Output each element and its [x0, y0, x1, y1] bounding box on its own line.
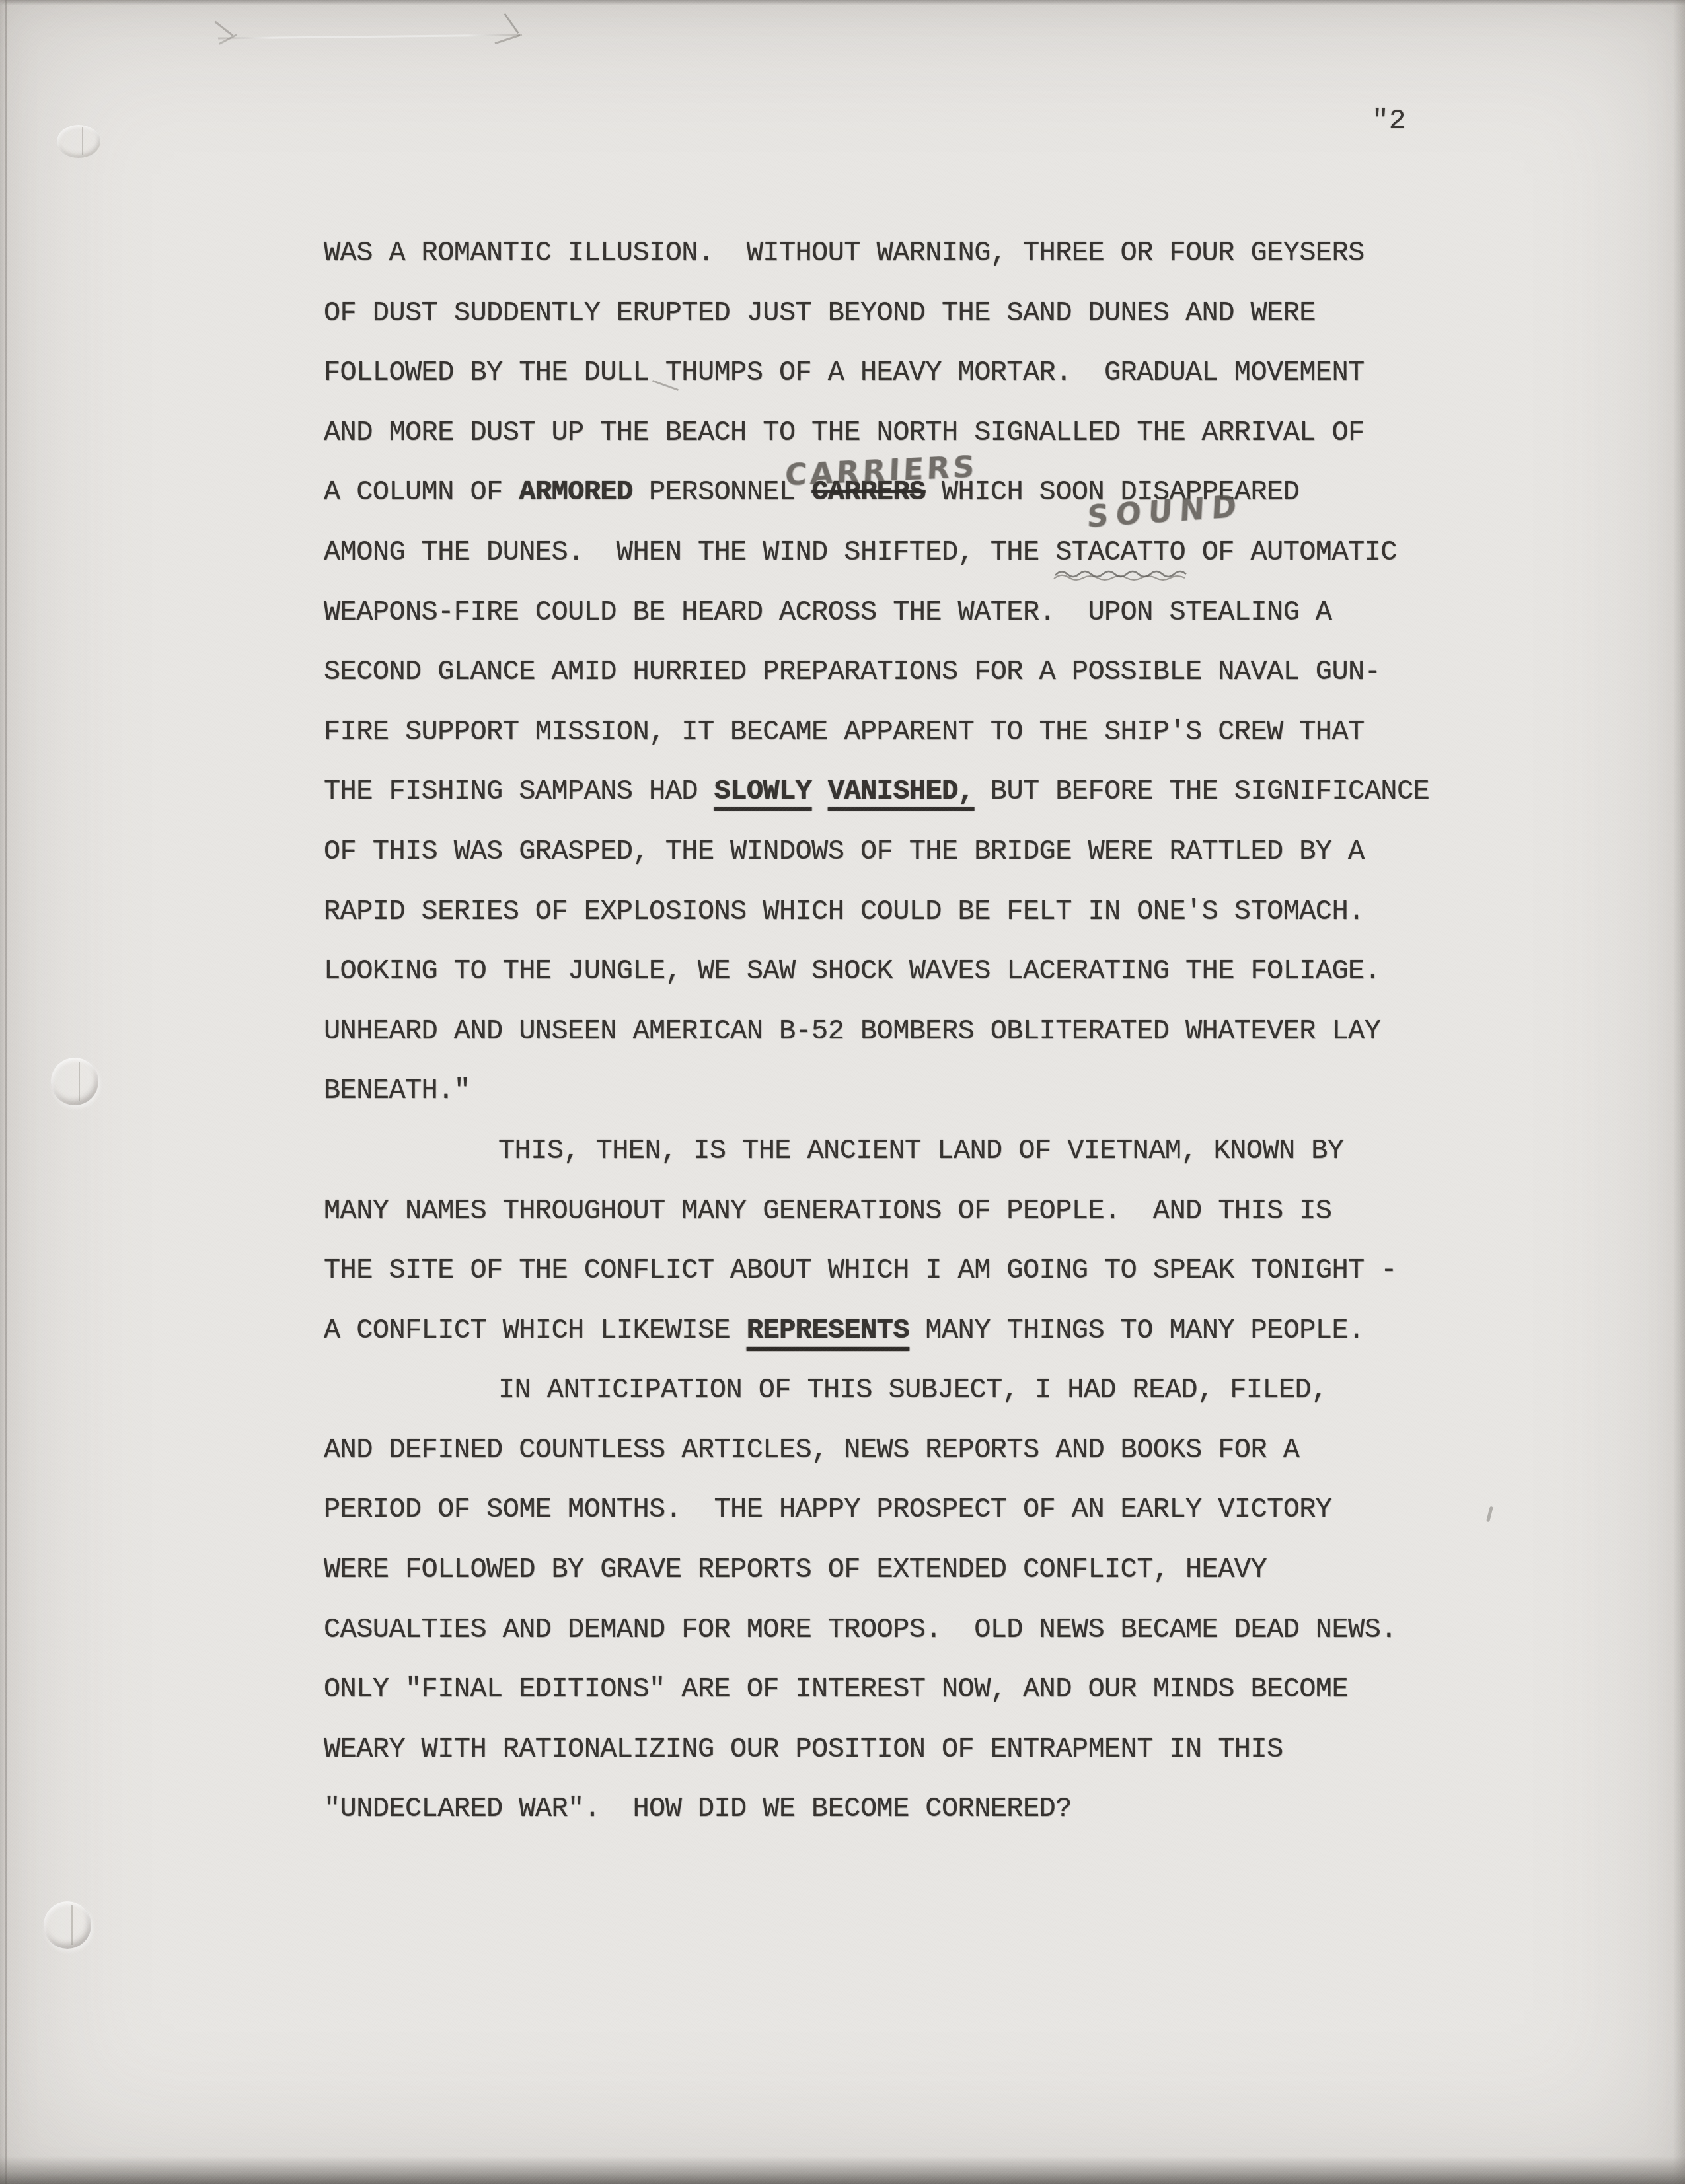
staple-mark-left-2 — [219, 34, 237, 45]
typed-text: BUT BEFORE THE SIGNIFICANCE — [974, 776, 1429, 807]
stray-pen-tick — [1486, 1506, 1493, 1522]
typed-text: RAPID SERIES OF EXPLOSIONS WHICH COULD B… — [324, 896, 1365, 928]
underlined-word: SLOWLY — [714, 776, 812, 807]
annotated-word: STACATTO — [1055, 536, 1185, 568]
typed-text: WEARY WITH RATIONALIZING OUR POSITION OF… — [324, 1733, 1283, 1765]
typed-text: MANY THINGS TO MANY PEOPLE. — [909, 1315, 1365, 1346]
typed-text: LOOKING TO THE JUNGLE, WE SAW SHOCK WAVE… — [324, 955, 1380, 987]
typed-text: IN ANTICIPATION OF THIS SUBJECT, I HAD R… — [498, 1374, 1328, 1406]
typed-text — [811, 776, 828, 807]
punch-hole-middle-left — [51, 1058, 98, 1105]
punch-hole-bottom-left — [44, 1901, 91, 1949]
text-line: WEAPONS-FIRE COULD BE HEARD ACROSS THE W… — [324, 583, 1487, 643]
page-number: "2 — [1372, 104, 1406, 137]
text-line: FIRE SUPPORT MISSION, IT BECAME APPARENT… — [324, 702, 1487, 762]
text-line: WAS A ROMANTIC ILLUSION. WITHOUT WARNING… — [324, 223, 1487, 283]
typed-text: BENEATH." — [324, 1075, 470, 1107]
text-line: RAPID SERIES OF EXPLOSIONS WHICH COULD B… — [324, 882, 1487, 942]
punch-hole-seam — [82, 127, 83, 155]
staple-mark-left — [215, 21, 234, 36]
punch-hole-seam — [79, 1062, 80, 1101]
punch-hole-seam — [71, 1905, 73, 1945]
typed-text: PERIOD OF SOME MONTHS. THE HAPPY PROSPEC… — [324, 1494, 1331, 1525]
text-line: THE SITE OF THE CONFLICT ABOUT WHICH I A… — [324, 1241, 1487, 1301]
typed-text: AND MORE DUST UP THE BEACH TO THE NORTH … — [324, 417, 1365, 449]
typed-text: WEAPONS-FIRE COULD BE HEARD ACROSS THE W… — [324, 597, 1331, 628]
typed-text: AND DEFINED COUNTLESS ARTICLES, NEWS REP… — [324, 1434, 1299, 1466]
typed-text: FOLLOWED BY THE DULL THUMPS OF A HEAVY M… — [324, 357, 1365, 388]
typed-text: AMONG THE DUNES. WHEN THE WIND SHIFTED, … — [324, 536, 1055, 568]
text-line: THE FISHING SAMPANS HAD SLOWLY VANISHED,… — [324, 762, 1487, 822]
staple-mark-right — [504, 13, 519, 34]
text-line: AND DEFINED COUNTLESS ARTICLES, NEWS REP… — [324, 1420, 1487, 1480]
handwritten-wavy-underline — [1053, 567, 1195, 584]
typed-text: "UNDECLARED WAR". HOW DID WE BECOME CORN… — [324, 1793, 1072, 1825]
typed-text: OF AUTOMATIC — [1185, 536, 1397, 568]
text-line: CASUALTIES AND DEMAND FOR MORE TROOPS. O… — [324, 1600, 1487, 1660]
scan-edge-right — [1673, 0, 1685, 2184]
staple-crease — [218, 34, 522, 40]
text-line: WEARY WITH RATIONALIZING OUR POSITION OF… — [324, 1720, 1487, 1780]
scan-edge-bottom — [0, 2156, 1685, 2184]
typed-text: THE FISHING SAMPANS HAD — [324, 776, 714, 807]
typed-text: OF THIS WAS GRASPED, THE WINDOWS OF THE … — [324, 836, 1365, 867]
typed-text: WAS A ROMANTIC ILLUSION. WITHOUT WARNING… — [324, 237, 1365, 269]
text-line: LOOKING TO THE JUNGLE, WE SAW SHOCK WAVE… — [324, 941, 1487, 1001]
underlined-word: REPRESENTS — [747, 1315, 909, 1346]
text-line-paragraph-start: THIS, THEN, IS THE ANCIENT LAND OF VIETN… — [324, 1121, 1487, 1181]
scan-edge-left-crease — [5, 0, 7, 2184]
scanned-document-page: "2 WAS A ROMANTIC ILLUSION. WITHOUT WARN… — [0, 0, 1685, 2184]
text-line: MANY NAMES THROUGHOUT MANY GENERATIONS O… — [324, 1181, 1487, 1241]
typed-text: A COLUMN OF — [324, 476, 519, 508]
typed-text: WERE FOLLOWED BY GRAVE REPORTS OF EXTEND… — [324, 1554, 1267, 1585]
typed-text: THE SITE OF THE CONFLICT ABOUT WHICH I A… — [324, 1255, 1397, 1286]
underlined-word: VANISHED, — [828, 776, 974, 807]
typed-text: MANY NAMES THROUGHOUT MANY GENERATIONS O… — [324, 1195, 1331, 1227]
scan-edge-top — [0, 0, 1685, 5]
text-line: ONLY "FINAL EDITIONS" ARE OF INTEREST NO… — [324, 1659, 1487, 1720]
overtyped-word: ARMORED — [519, 476, 632, 508]
text-line: OF THIS WAS GRASPED, THE WINDOWS OF THE … — [324, 822, 1487, 882]
punch-hole-top-left — [57, 125, 100, 158]
text-line: UNHEARD AND UNSEEN AMERICAN B-52 BOMBERS… — [324, 1001, 1487, 1062]
text-line-paragraph-start: IN ANTICIPATION OF THIS SUBJECT, I HAD R… — [324, 1360, 1487, 1420]
text-line: AMONG THE DUNES. WHEN THE WIND SHIFTED, … — [324, 523, 1487, 583]
typed-text: UNHEARD AND UNSEEN AMERICAN B-52 BOMBERS… — [324, 1015, 1380, 1047]
typed-text: SECOND GLANCE AMID HURRIED PREPARATIONS … — [324, 656, 1380, 688]
text-line: A CONFLICT WHICH LIKEWISE REPRESENTS MAN… — [324, 1301, 1487, 1361]
typed-text: THIS, THEN, IS THE ANCIENT LAND OF VIETN… — [498, 1135, 1343, 1167]
typed-text: OF DUST SUDDENTLY ERUPTED JUST BEYOND TH… — [324, 297, 1316, 329]
text-line: PERIOD OF SOME MONTHS. THE HAPPY PROSPEC… — [324, 1480, 1487, 1540]
text-line: BENEATH." — [324, 1061, 1487, 1121]
staple-mark-right-2 — [495, 34, 521, 44]
text-line: OF DUST SUDDENTLY ERUPTED JUST BEYOND TH… — [324, 283, 1487, 344]
typed-text: CASUALTIES AND DEMAND FOR MORE TROOPS. O… — [324, 1614, 1397, 1646]
text-line: SECOND GLANCE AMID HURRIED PREPARATIONS … — [324, 642, 1487, 702]
text-line: "UNDECLARED WAR". HOW DID WE BECOME CORN… — [324, 1779, 1487, 1839]
typed-text: A CONFLICT WHICH LIKEWISE — [324, 1315, 747, 1346]
scan-edge-left — [0, 0, 8, 2184]
text-line: WERE FOLLOWED BY GRAVE REPORTS OF EXTEND… — [324, 1540, 1487, 1600]
typed-text: FIRE SUPPORT MISSION, IT BECAME APPARENT… — [324, 716, 1365, 748]
text-line: FOLLOWED BY THE DULL THUMPS OF A HEAVY M… — [324, 343, 1487, 403]
typed-text: ONLY "FINAL EDITIONS" ARE OF INTEREST NO… — [324, 1673, 1348, 1705]
